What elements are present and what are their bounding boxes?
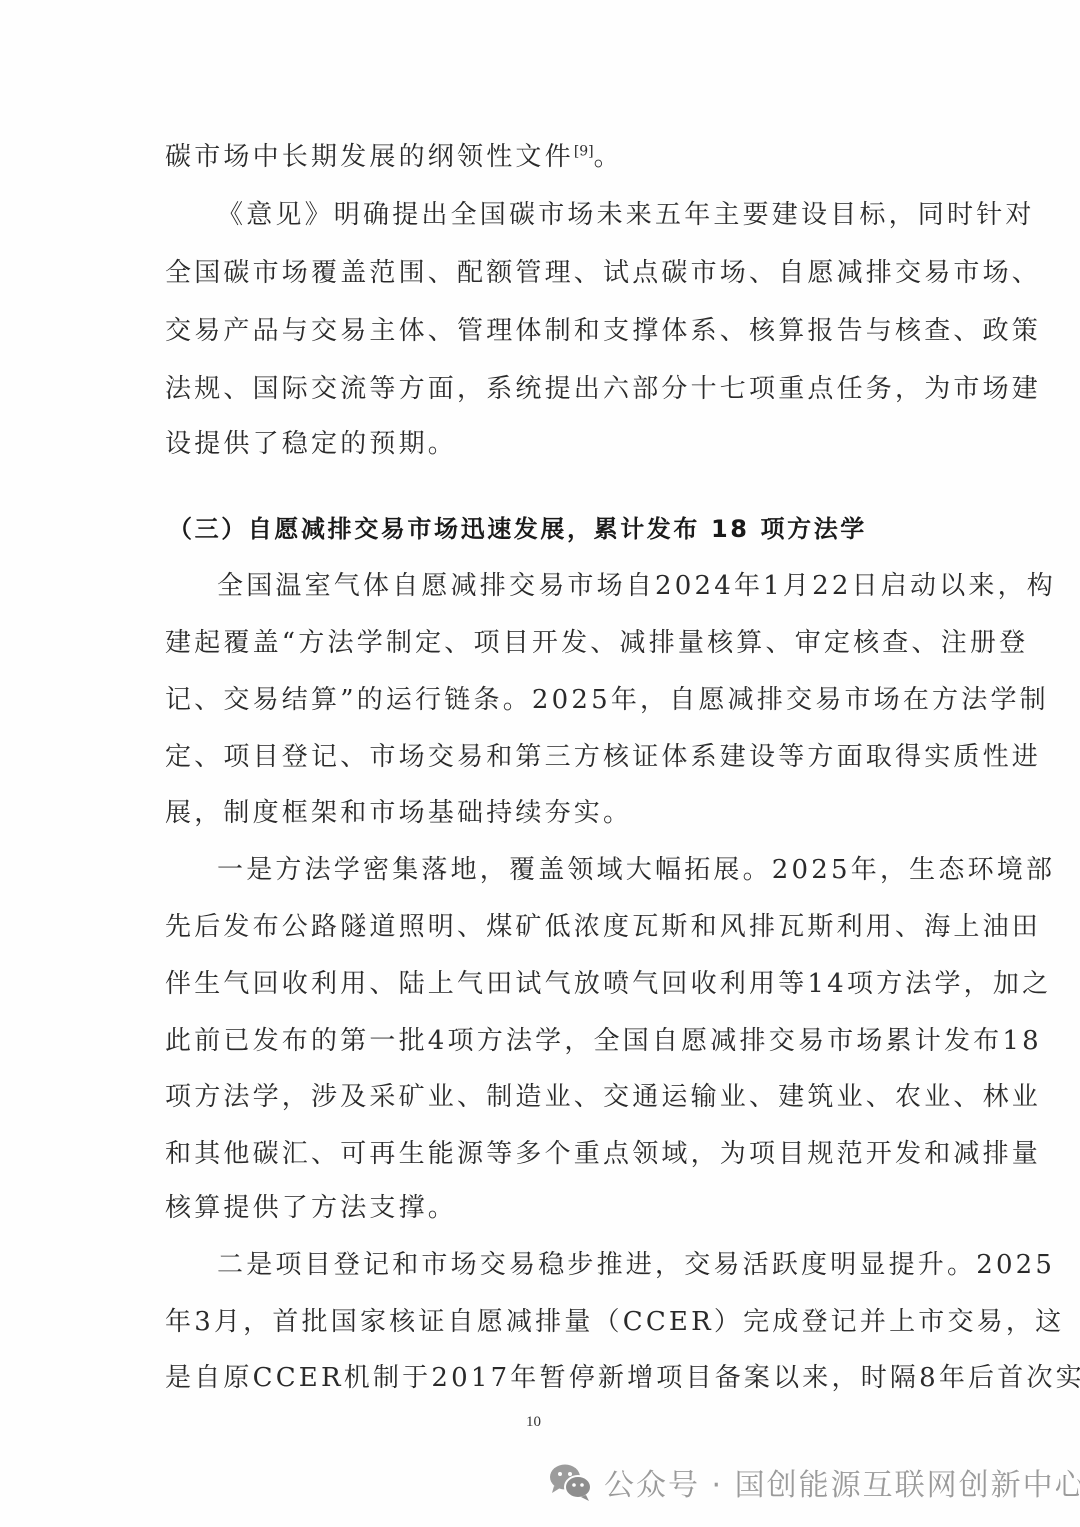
text-line-tail: 。 (594, 142, 623, 172)
text-line: 展，制度框架和市场基础持续夯实。 (165, 793, 917, 833)
text-line: 交易产品与交易主体、管理体制和支撑体系、核算报告与核查、政策 (165, 311, 917, 351)
page-number: 10 (526, 1414, 541, 1431)
text-line: 设提供了稳定的预期。 (165, 424, 917, 464)
text-line: 年3月，首批国家核证自愿减排量（CCER）完成登记并上市交易，这 (165, 1302, 917, 1342)
text-line: 记、交易结算”的运行链条。2025年，自愿减排交易市场在方法学制 (165, 680, 917, 720)
text-line: 和其他碳汇、可再生能源等多个重点领域，为项目规范开发和减排量 (165, 1134, 917, 1174)
text-line: 此前已发布的第一批4项方法学，全国自愿减排交易市场累计发布18 (165, 1021, 917, 1061)
text-line: 核算提供了方法支撑。 (165, 1188, 917, 1228)
text-line: 一是方法学密集落地，覆盖领域大幅拓展。2025年，生态环境部 (217, 850, 917, 890)
text-line: 《意见》明确提出全国碳市场未来五年主要建设目标，同时针对 (217, 195, 917, 235)
text-line: 项方法学，涉及采矿业、制造业、交通运输业、建筑业、农业、林业 (165, 1077, 917, 1117)
wechat-icon (548, 1462, 594, 1502)
text-line: 先后发布公路隧道照明、煤矿低浓度瓦斯和风排瓦斯利用、海上油田 (165, 907, 917, 947)
text-line: 是自原CCER机制于2017年暂停新增项目备案以来，时隔8年后首次实 (165, 1358, 917, 1398)
text-line: 碳市场中长期发展的纲领性文件[9]。 (165, 137, 917, 177)
citation-reference[interactable]: [9] (574, 143, 594, 159)
document-page: 碳市场中长期发展的纲领性文件[9]。 《意见》明确提出全国碳市场未来五年主要建设… (0, 0, 1080, 1527)
text-line: 建起覆盖“方法学制定、项目开发、减排量核算、审定核查、注册登 (165, 623, 917, 663)
text-line: 二是项目登记和市场交易稳步推进，交易活跃度明显提升。2025 (217, 1245, 917, 1285)
text-line: 全国碳市场覆盖范围、配额管理、试点碳市场、自愿减排交易市场、 (165, 253, 917, 293)
text-line: 法规、国际交流等方面，系统提出六部分十七项重点任务，为市场建 (165, 369, 917, 409)
text-line-content: 碳市场中长期发展的纲领性文件 (165, 142, 574, 172)
text-line: 全国温室气体自愿减排交易市场自2024年1月22日启动以来，构 (217, 566, 917, 606)
watermark: 公众号 · 国创能源互联网创新中心 (548, 1458, 1080, 1506)
watermark-text: 公众号 · 国创能源互联网创新中心 (604, 1460, 1080, 1504)
text-line: 定、项目登记、市场交易和第三方核证体系建设等方面取得实质性进 (165, 737, 917, 777)
section-heading: （三）自愿减排交易市场迅速发展，累计发布 18 项方法学 (168, 509, 867, 549)
text-line: 伴生气回收利用、陆上气田试气放喷气回收利用等14项方法学，加之 (165, 964, 917, 1004)
